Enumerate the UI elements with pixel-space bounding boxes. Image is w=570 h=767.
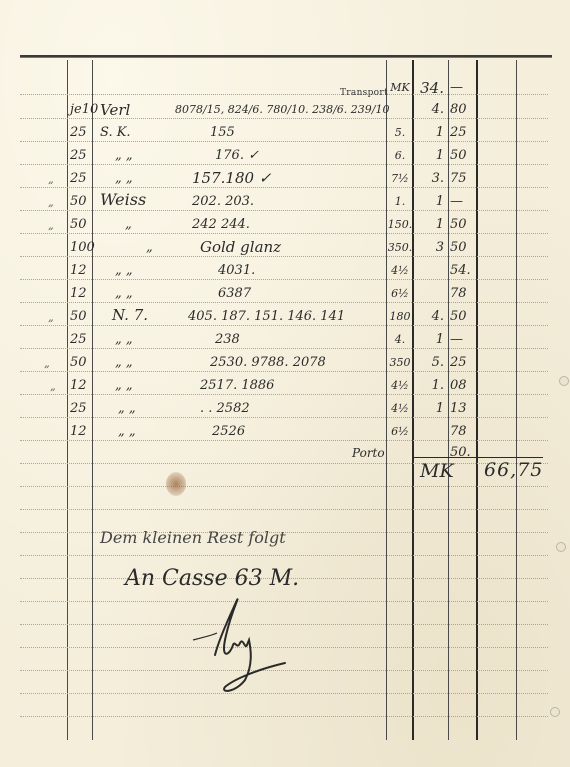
row-numbers: 4031. xyxy=(218,263,255,279)
ruled-line xyxy=(20,394,548,395)
row-article: „ „ xyxy=(115,332,133,348)
row-unit-price: 7½ xyxy=(386,171,414,187)
row-quantity: 12 xyxy=(70,424,92,440)
row-article: „ xyxy=(125,217,132,233)
row-article: „ „ xyxy=(115,355,133,371)
row-pfennig: 75 xyxy=(450,171,477,187)
column-line-pfennig xyxy=(448,60,449,740)
row-pfennig: 25 xyxy=(450,125,477,141)
signature-icon xyxy=(185,595,295,695)
row-quantity: 25 xyxy=(70,125,92,141)
row-numbers: Gold glanz xyxy=(200,239,281,255)
ruled-line xyxy=(20,279,548,280)
ruled-line xyxy=(20,302,548,303)
row-quantity: 100 xyxy=(70,240,92,256)
row-article: Verl xyxy=(100,102,130,118)
note-remainder: Dem kleinen Rest folgt xyxy=(100,528,286,547)
ruled-line xyxy=(20,371,548,372)
row-quantity: 12 xyxy=(70,263,92,279)
row-article: S. K. xyxy=(100,125,131,141)
row-pfennig: 80 xyxy=(450,102,477,118)
ruled-line xyxy=(20,256,548,257)
porto-pfennig: 50. xyxy=(450,445,477,461)
header-rule xyxy=(20,55,552,58)
row-quantity: 25 xyxy=(70,332,92,348)
row-quantity: je10 xyxy=(70,102,92,118)
row-article: „ „ xyxy=(115,378,133,394)
row-unit-price: 4½ xyxy=(386,401,414,417)
total-currency: MK xyxy=(420,463,454,479)
row-numbers: 2526 xyxy=(212,424,245,440)
row-unit-price: 4½ xyxy=(386,263,414,279)
ledger-page: Transport MK 34. — je10 Verl 8078/15, 82… xyxy=(0,0,570,767)
ruled-line xyxy=(20,325,548,326)
row-numbers: 238 xyxy=(215,332,240,348)
row-mark: 4. xyxy=(413,309,447,325)
row-marker: „ xyxy=(48,310,54,326)
porto-label: Porto xyxy=(352,445,385,461)
ruled-line xyxy=(20,164,548,165)
row-pfennig: — xyxy=(450,332,477,348)
ruled-line xyxy=(20,141,548,142)
ruled-line xyxy=(20,716,548,717)
row-quantity: 50 xyxy=(70,309,92,325)
row-quantity: 25 xyxy=(70,401,92,417)
row-numbers: 405. 187. 151. 146. 141 xyxy=(188,309,345,325)
row-quantity: 12 xyxy=(70,286,92,302)
row-mark: 5. xyxy=(413,355,447,371)
row-mark: 1 xyxy=(413,194,447,210)
ruled-line xyxy=(20,486,548,487)
row-article: „ „ xyxy=(118,424,136,440)
row-numbers: . . 2582 xyxy=(200,401,250,417)
row-numbers: 176. ✓ xyxy=(215,148,259,164)
row-quantity: 50 xyxy=(70,355,92,371)
row-numbers: 242 244. xyxy=(192,217,250,233)
note-cash: An Casse 63 M. xyxy=(125,566,299,591)
row-pfennig: 50 xyxy=(450,309,477,325)
row-article: „ „ xyxy=(115,171,133,187)
row-article: „ xyxy=(146,240,153,256)
row-unit-price: 6½ xyxy=(386,286,414,302)
ruled-line xyxy=(20,463,548,464)
row-pfennig: 78 xyxy=(450,424,477,440)
ruled-line xyxy=(20,187,548,188)
column-line-extra xyxy=(516,60,517,740)
row-marker: „ xyxy=(44,356,50,372)
row-pfennig: 78 xyxy=(450,286,477,302)
row-unit-price: 5. xyxy=(386,125,414,141)
row-unit-price: 1. xyxy=(386,194,414,210)
row-unit-price: 6. xyxy=(386,148,414,164)
row-numbers: 2517. 1886 xyxy=(200,378,274,394)
row-pfennig: — xyxy=(450,194,477,210)
row-numbers: 6387 xyxy=(218,286,251,302)
punch-hole xyxy=(550,707,560,717)
row-pfennig: 50 xyxy=(450,217,477,233)
ruled-line xyxy=(20,210,548,211)
row-quantity: 50 xyxy=(70,194,92,210)
punch-hole xyxy=(559,376,569,386)
row-pfennig: 08 xyxy=(450,378,477,394)
ruled-line xyxy=(20,348,548,349)
row-quantity: 25 xyxy=(70,171,92,187)
transport-currency: MK xyxy=(386,80,414,96)
row-numbers: 2530. 9788. 2078 xyxy=(210,355,326,371)
row-mark: 4. xyxy=(413,102,447,118)
row-numbers: 202. 203. xyxy=(192,194,254,210)
transport-pfennig: — xyxy=(450,80,477,96)
row-numbers: 157.180 ✓ xyxy=(192,170,271,186)
row-mark: 1 xyxy=(413,332,447,348)
row-pfennig: 50 xyxy=(450,240,477,256)
ruled-line xyxy=(20,509,548,510)
row-marker: „ xyxy=(48,195,54,211)
ruled-line xyxy=(20,417,548,418)
row-pfennig: 54. xyxy=(450,263,477,279)
row-numbers: 155 xyxy=(210,125,235,141)
row-marker: „ xyxy=(48,218,54,234)
row-marker: „ xyxy=(48,172,54,188)
ruled-line xyxy=(20,440,548,441)
ink-stain xyxy=(166,472,186,496)
row-pfennig: 25 xyxy=(450,355,477,371)
row-mark: 1 xyxy=(413,401,447,417)
column-line-marker xyxy=(67,60,68,740)
row-unit-price: 6½ xyxy=(386,424,414,440)
row-article: „ „ xyxy=(115,148,133,164)
row-mark: 1 xyxy=(413,217,447,233)
row-unit-price: 4½ xyxy=(386,378,414,394)
row-pfennig: 50 xyxy=(450,148,477,164)
punch-hole xyxy=(556,542,566,552)
row-numbers: 8078/15, 824/6. 780/10. 238/6. 239/10 xyxy=(175,102,389,118)
row-unit-price: 350 xyxy=(386,355,414,371)
row-article: N. 7. xyxy=(112,307,148,323)
ruled-line xyxy=(20,233,548,234)
row-article: Weiss xyxy=(100,192,146,208)
row-quantity: 25 xyxy=(70,148,92,164)
total-rule xyxy=(413,457,543,458)
row-quantity: 50 xyxy=(70,217,92,233)
row-article: „ „ xyxy=(115,263,133,279)
row-mark: 1 xyxy=(413,125,447,141)
row-mark: 1 xyxy=(413,148,447,164)
transport-mark: 34. xyxy=(413,80,447,96)
row-quantity: 12 xyxy=(70,378,92,394)
row-pfennig: 13 xyxy=(450,401,477,417)
row-mark: 1. xyxy=(413,378,447,394)
row-mark: 3. xyxy=(413,171,447,187)
row-mark: 3 xyxy=(413,240,447,256)
row-unit-price: 150. xyxy=(386,217,414,233)
row-unit-price: 180 xyxy=(386,309,414,325)
row-article: „ „ xyxy=(115,286,133,302)
row-unit-price: 4. xyxy=(386,332,414,348)
column-line-quantity xyxy=(92,60,93,740)
total-amount: 66,75 xyxy=(484,462,543,478)
row-marker: „ xyxy=(50,379,56,395)
row-unit-price: 350. xyxy=(386,240,414,256)
ruled-line xyxy=(20,555,548,556)
row-article: „ „ xyxy=(118,401,136,417)
transport-label: Transport xyxy=(340,85,388,101)
